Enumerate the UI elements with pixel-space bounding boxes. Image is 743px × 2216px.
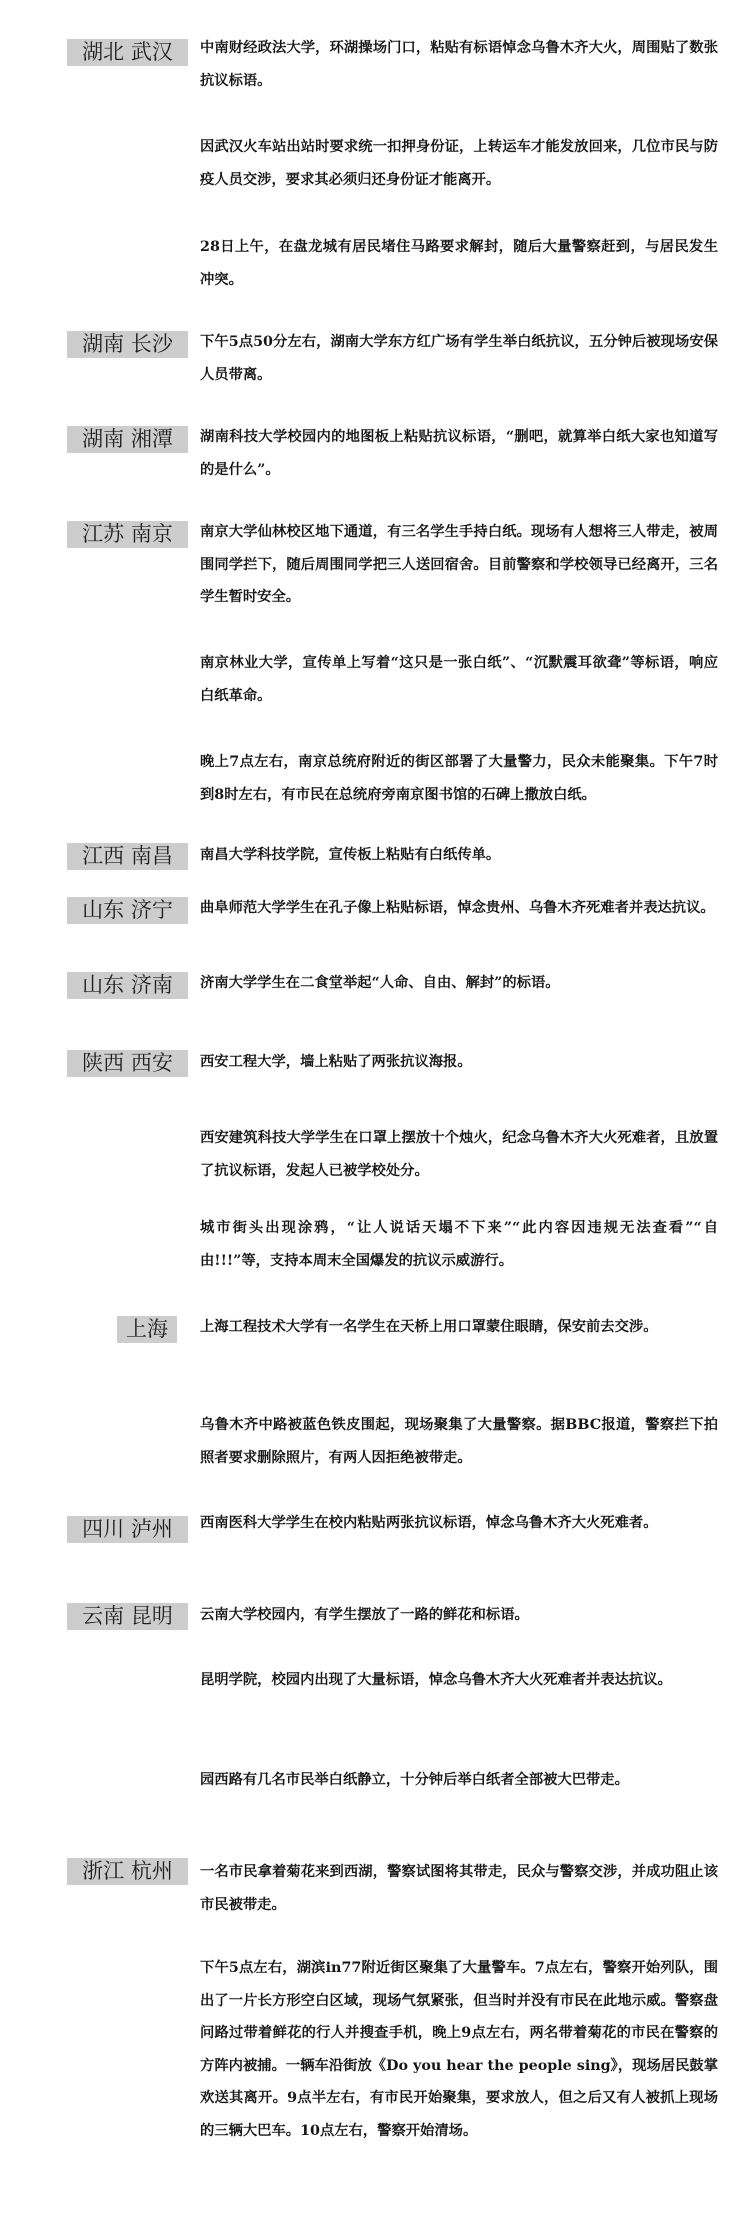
entry-paragraph: 西安建筑科技大学学生在口罩上摆放十个烛火，纪念乌鲁木齐大火死难者，且放置了抗议标… xyxy=(200,1122,718,1187)
entry-paragraph: 济南大学学生在二食堂举起“人命、自由、解封”的标语。 xyxy=(200,967,718,1000)
entry-paragraph: 上海工程技术大学有一名学生在天桥上用口罩蒙住眼睛，保安前去交涉。 xyxy=(200,1311,718,1344)
region-label-hunan-xiangtan: 湖南 湘潭 xyxy=(67,426,188,453)
entry-paragraph: 西安工程大学，墙上粘贴了两张抗议海报。 xyxy=(200,1046,718,1079)
entry-paragraph: 西南医科大学学生在校内粘贴两张抗议标语，悼念乌鲁木齐大火死难者。 xyxy=(200,1507,718,1540)
entry-paragraph: 因武汉火车站出站时要求统一扣押身份证，上转运车才能发放回来，几位市民与防疫人员交… xyxy=(200,131,718,196)
entry-paragraph: 昆明学院，校园内出现了大量标语，悼念乌鲁木齐大火死难者并表达抗议。 xyxy=(200,1664,718,1697)
entry-paragraph: 一名市民拿着菊花来到西湖，警察试图将其带走，民众与警察交涉，并成功阻止该市民被带… xyxy=(200,1856,718,1921)
entry-paragraph: 湖南科技大学校园内的地图板上粘贴抗议标语，“删吧，就算举白纸大家也知道写的是什么… xyxy=(200,421,718,486)
entry-paragraph: 城市街头出现涂鸦，“让人说话天塌不下来”“此内容因违规无法查看”“自由!!!”等… xyxy=(200,1212,718,1277)
region-label-hunan-changsha: 湖南 长沙 xyxy=(67,331,188,358)
entry-paragraph: 下午5点50分左右，湖南大学东方红广场有学生举白纸抗议，五分钟后被现场安保人员带… xyxy=(200,326,718,391)
entry-paragraph: 云南大学校园内，有学生摆放了一路的鲜花和标语。 xyxy=(200,1599,718,1632)
region-label-shandong-jining: 山东 济宁 xyxy=(67,897,188,924)
entry-paragraph: 南京林业大学，宣传单上写着“这只是一张白纸”、“沉默震耳欲聋”等标语，响应白纸革… xyxy=(200,647,718,712)
region-label-shanghai: 上海 xyxy=(117,1316,177,1343)
entry-paragraph: 曲阜师范大学学生在孔子像上粘贴标语，悼念贵州、乌鲁木齐死难者并表达抗议。 xyxy=(200,892,718,925)
region-label-sichuan-luzhou: 四川 泸州 xyxy=(67,1516,188,1543)
entry-paragraph: 南京大学仙林校区地下通道，有三名学生手持白纸。现场有人想将三人带走，被周围同学拦… xyxy=(200,516,718,614)
entry-paragraph: 南昌大学科技学院，宣传板上粘贴有白纸传单。 xyxy=(200,839,718,872)
region-label-shandong-jinan: 山东 济南 xyxy=(67,972,188,999)
region-label-shaanxi-xian: 陕西 西安 xyxy=(67,1050,188,1077)
entry-paragraph: 下午5点左右，湖滨in77附近街区聚集了大量警车。7点左右，警察开始列队，围出了… xyxy=(200,1952,718,2147)
region-label-zhejiang-hangzhou: 浙江 杭州 xyxy=(67,1858,188,1885)
entry-paragraph: 晚上7点左右，南京总统府附近的街区部署了大量警力，民众未能聚集。下午7时到8时左… xyxy=(200,746,718,811)
entry-paragraph: 园西路有几名市民举白纸静立，十分钟后举白纸者全部被大巴带走。 xyxy=(200,1764,718,1797)
region-label-yunnan-kunming: 云南 昆明 xyxy=(67,1603,188,1630)
entry-paragraph: 28日上午，在盘龙城有居民堵住马路要求解封，随后大量警察赶到，与居民发生冲突。 xyxy=(200,231,718,296)
region-label-hubei-wuhan: 湖北 武汉 xyxy=(67,39,188,66)
region-label-jiangxi-nanchang: 江西 南昌 xyxy=(67,843,188,870)
entry-paragraph: 中南财经政法大学，环湖操场门口，粘贴有标语悼念乌鲁木齐大火，周围贴了数张抗议标语… xyxy=(200,32,718,97)
region-label-jiangsu-nanjing: 江苏 南京 xyxy=(67,521,188,548)
entry-paragraph: 乌鲁木齐中路被蓝色铁皮围起，现场聚集了大量警察。据BBC报道，警察拦下拍照者要求… xyxy=(200,1409,718,1474)
